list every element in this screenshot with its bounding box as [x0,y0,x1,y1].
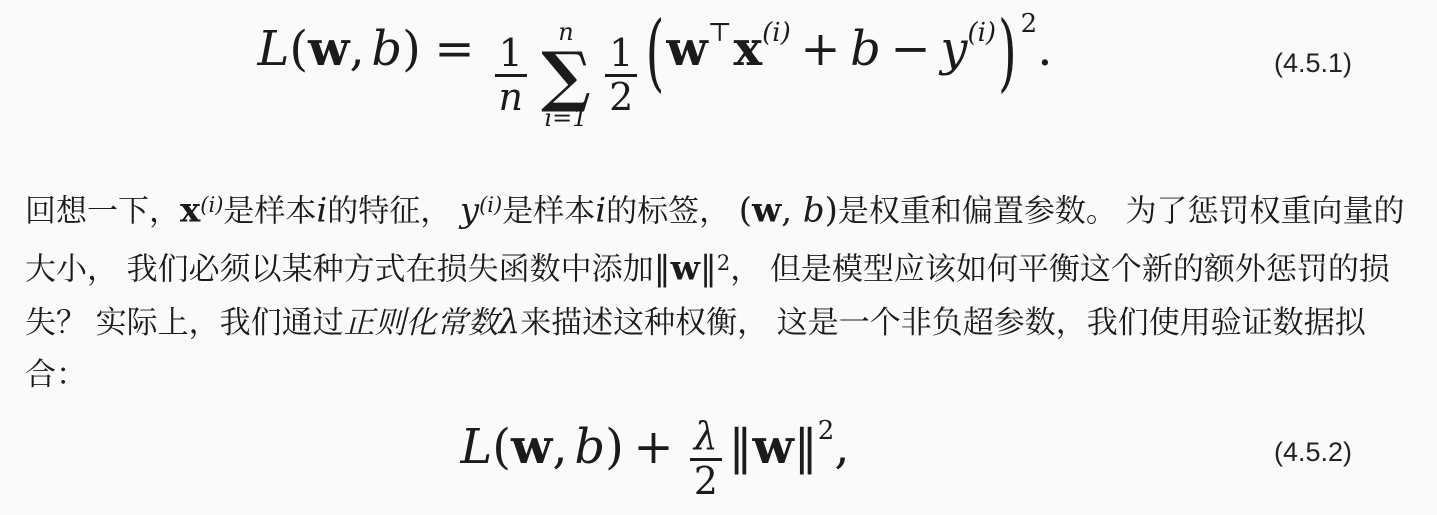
close-paren: ) [402,21,421,77]
math-symbol-w: w [308,21,349,77]
summation-lower-limit: i=1 [544,105,587,133]
fraction-denominator: 2 [690,461,722,502]
comma: , [834,419,849,475]
paragraph-segment: (i) [479,193,502,217]
paragraph-segment: ‖ [654,249,671,289]
fraction-1-over-n: 1n [495,33,527,118]
paragraph-segment: 的特征， [327,193,460,228]
paragraph-segment: (i) [200,193,223,217]
open-paren: ( [289,21,308,77]
fraction-1-over-2: 12 [605,33,637,118]
fraction-numerator: 1 [495,33,527,74]
superscript-i: (i) [967,18,996,48]
paragraph-segment: i [595,190,606,230]
squared-superscript: 2 [818,416,835,446]
equation-row-2: L(w,b)+λ2‖w‖2, (4.5.2) [0,403,1437,515]
paragraph-segment: 是样本 [502,193,595,228]
summation-sigma-symbol: ∑ [541,47,591,105]
math-symbol-L: L [258,21,290,77]
big-close-paren: ) [998,4,1017,102]
paragraph-segment: λ [499,302,521,342]
paragraph: 回想一下，x(i)是样本i的特征， y(i)是样本i的标签， (w, b)是权重… [25,179,1412,401]
math-symbol-b: b [371,21,402,77]
math-symbol-L: L [460,419,492,475]
paragraph-segment: i [316,190,327,230]
summation: n∑i=1 [541,19,591,132]
paragraph-segment: w [752,190,781,230]
plus-sign: + [633,419,673,475]
period: . [1037,21,1052,77]
norm-close-bars: ‖ [794,419,818,475]
squared-superscript: 2 [1021,9,1038,39]
paragraph-segment: 回想一下， [25,193,180,228]
paragraph-segment: , [781,190,803,230]
paragraph-segment: x [180,190,200,230]
fraction-lambda-over-2: λ2 [690,416,722,501]
paragraph-segment: ) [825,190,838,230]
comma: , [349,21,364,77]
fraction-denominator: 2 [605,77,637,118]
math-symbol-x: x [734,21,763,77]
math-symbol-w: w [752,419,793,475]
equals-sign: = [434,21,474,77]
paragraph-segment: 2 [717,251,730,275]
paragraph-segment: y [460,190,479,230]
math-symbol-b: b [850,21,881,77]
equation-4-5-2: L(w,b)+λ2‖w‖2, [460,419,849,504]
comma: , [552,419,567,475]
fraction-numerator: λ [690,416,722,457]
equation-number-4-5-2: (4.5.2) [1274,436,1352,468]
paragraph-segment: 正则化常数 [344,305,499,340]
big-open-paren: ( [646,4,665,102]
fraction-denominator: n [495,77,527,118]
paragraph-segment: b [803,190,825,230]
plus-sign: + [800,21,840,77]
norm-open-bars: ‖ [728,419,752,475]
open-paren: ( [492,419,511,475]
paragraph-segment: 是样本 [223,193,316,228]
paragraph-segment: 的标签， [606,193,739,228]
paragraph-segment: ‖ [700,249,717,289]
equation-4-5-1: L(w,b)=1nn∑i=112(w⊤x(i)+b−y(i))2. [258,21,1053,134]
equation-number-4-5-1: (4.5.1) [1274,47,1352,79]
math-symbol-w: w [666,21,707,77]
close-paren: ) [605,419,624,475]
equation-row-1: L(w,b)=1nn∑i=112(w⊤x(i)+b−y(i))2. (4.5.1… [0,18,1437,138]
paragraph-segment: w [671,249,700,289]
transpose-superscript: ⊤ [708,18,732,48]
math-symbol-y: y [940,21,967,77]
fraction-numerator: 1 [605,33,637,74]
math-symbol-b: b [574,419,605,475]
superscript-i: (i) [762,18,791,48]
math-symbol-w: w [511,419,552,475]
minus-sign: − [891,21,931,77]
paragraph-segment: ( [739,190,752,230]
